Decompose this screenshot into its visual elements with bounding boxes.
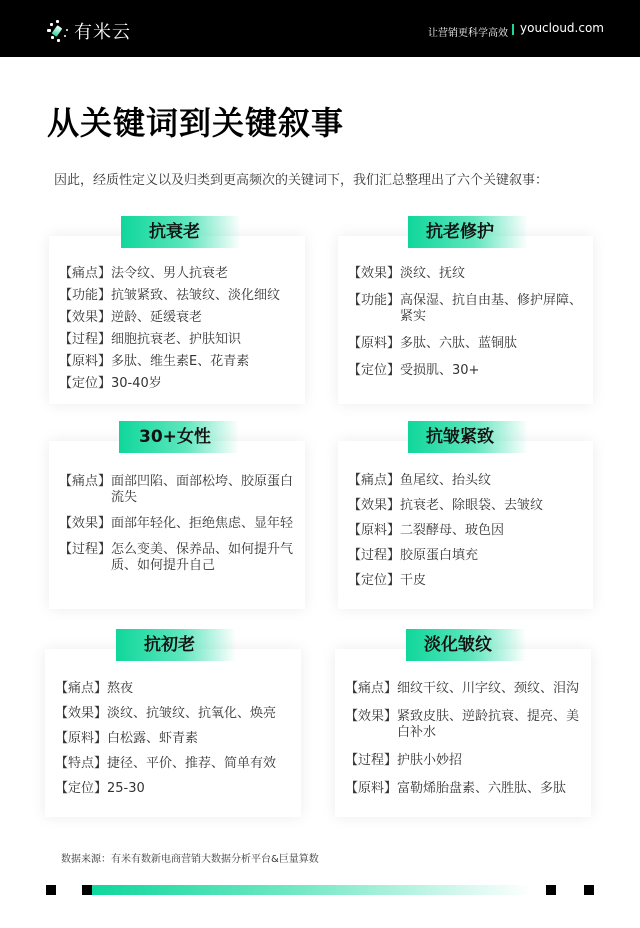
card-row: 【定位】受损肌、30+	[348, 363, 587, 379]
row-key: 【定位】	[348, 363, 400, 379]
row-value: 熬夜	[107, 681, 295, 697]
row-key: 【原料】	[55, 731, 107, 747]
divider	[512, 24, 514, 35]
row-value: 高保湿、抗自由基、修护屏障、紧实	[400, 293, 587, 325]
card-row: 【痛点】法令纹、男人抗衰老	[59, 266, 299, 282]
row-value: 30-40岁	[111, 376, 299, 392]
row-key: 【原料】	[348, 523, 400, 539]
logo: 有米云	[47, 18, 131, 44]
row-key: 【痛点】	[59, 474, 111, 506]
row-value: 护肤小妙招	[397, 753, 585, 769]
row-key: 【特点】	[55, 756, 107, 772]
narrative-card-anti-aging-repair: 抗老修护 【效果】淡纹、抚纹 【功能】高保湿、抗自由基、修护屏障、紧实 【原料】…	[338, 236, 593, 404]
card-row: 【原料】多肽、维生素E、花青素	[59, 354, 299, 370]
row-value: 受损肌、30+	[400, 363, 587, 379]
row-key: 【效果】	[59, 516, 111, 532]
footer-square-icon	[584, 885, 594, 895]
row-value: 胶原蛋白填充	[400, 548, 587, 564]
card-title: 30+女性	[119, 421, 239, 453]
top-bar: 有米云 让营销更科学高效 youcloud.com	[0, 0, 640, 57]
logo-text: 有米云	[74, 18, 131, 44]
row-value: 紧致皮肤、逆龄抗衰、提亮、美白补水	[397, 709, 585, 741]
card-row: 【定位】干皮	[348, 573, 587, 589]
card-title: 淡化皱纹	[406, 629, 526, 661]
row-key: 【过程】	[59, 542, 111, 574]
card-row: 【过程】胶原蛋白填充	[348, 548, 587, 564]
row-value: 逆龄、延缓衰老	[111, 310, 299, 326]
row-key: 【过程】	[345, 753, 397, 769]
domain-link[interactable]: youcloud.com	[520, 21, 604, 35]
footer-square-icon	[46, 885, 56, 895]
card-row: 【过程】怎么变美、保养品、如何提升气质、如何提升自己	[59, 542, 299, 574]
card-row: 【功能】抗皱紧致、祛皱纹、淡化细纹	[59, 288, 299, 304]
card-row: 【特点】捷径、平价、推荐、简单有效	[55, 756, 295, 772]
row-value: 细纹干纹、川字纹、颈纹、泪沟	[397, 681, 585, 697]
card-title: 抗初老	[116, 629, 236, 661]
footer-square-icon	[82, 885, 92, 895]
row-key: 【定位】	[59, 376, 111, 392]
tagline: 让营销更科学高效	[428, 24, 508, 39]
row-value: 细胞抗衰老、护肤知识	[111, 332, 299, 348]
row-key: 【效果】	[55, 706, 107, 722]
narrative-card-30plus-women: 30+女性 【痛点】面部凹陷、面部松垮、胶原蛋白流失 【效果】面部年轻化、拒绝焦…	[49, 441, 305, 609]
card-row: 【效果】逆龄、延缓衰老	[59, 310, 299, 326]
row-value: 抗衰老、除眼袋、去皱纹	[400, 498, 587, 514]
card-title: 抗衰老	[121, 216, 241, 248]
card-row: 【痛点】细纹干纹、川字纹、颈纹、泪沟	[345, 681, 585, 697]
row-value: 白松露、虾青素	[107, 731, 295, 747]
card-row: 【定位】 25-30	[55, 781, 295, 797]
row-key: 【过程】	[59, 332, 111, 348]
row-value: 富勒烯胎盘素、六胜肽、多肽	[397, 781, 585, 797]
row-value: 捷径、平价、推荐、简单有效	[107, 756, 295, 772]
row-value: 怎么变美、保养品、如何提升气质、如何提升自己	[111, 542, 299, 574]
footer-gradient-bar	[92, 885, 532, 895]
card-row: 【原料】多肽、六肽、蓝铜肽	[348, 336, 587, 352]
card-row: 【原料】二裂酵母、玻色因	[348, 523, 587, 539]
row-value: 淡纹、抗皱纹、抗氧化、焕亮	[107, 706, 295, 722]
row-value: 二裂酵母、玻色因	[400, 523, 587, 539]
row-value: 多肽、六肽、蓝铜肽	[400, 336, 587, 352]
row-key: 【过程】	[348, 548, 400, 564]
row-value: 多肽、维生素E、花青素	[111, 354, 299, 370]
card-row: 【原料】富勒烯胎盘素、六胜肽、多肽	[345, 781, 585, 797]
row-key: 【功能】	[59, 288, 111, 304]
narrative-card-wrinkle-firming: 抗皱紧致 【痛点】鱼尾纹、抬头纹 【效果】抗衰老、除眼袋、去皱纹 【原料】二裂酵…	[338, 441, 593, 609]
card-row: 【效果】淡纹、抚纹	[348, 266, 587, 282]
row-value: 鱼尾纹、抬头纹	[400, 473, 587, 489]
row-value: 淡纹、抚纹	[400, 266, 587, 282]
row-key: 【原料】	[348, 336, 400, 352]
narrative-card-early-aging: 抗初老 【痛点】熬夜 【效果】淡纹、抗皱纹、抗氧化、焕亮 【原料】白松露、虾青素…	[45, 649, 301, 817]
row-key: 【效果】	[345, 709, 397, 741]
card-row: 【效果】紧致皮肤、逆龄抗衰、提亮、美白补水	[345, 709, 585, 741]
row-key: 【功能】	[348, 293, 400, 325]
card-row: 【功能】高保湿、抗自由基、修护屏障、紧实	[348, 293, 587, 325]
card-row: 【过程】护肤小妙招	[345, 753, 585, 769]
row-key: 【痛点】	[55, 681, 107, 697]
footer-square-icon	[546, 885, 556, 895]
card-title: 抗皱紧致	[408, 421, 528, 453]
row-key: 【定位】	[55, 781, 107, 797]
narrative-card-fade-wrinkles: 淡化皱纹 【痛点】细纹干纹、川字纹、颈纹、泪沟 【效果】紧致皮肤、逆龄抗衰、提亮…	[335, 649, 591, 817]
row-key: 【定位】	[348, 573, 400, 589]
row-value: 抗皱紧致、祛皱纹、淡化细纹	[111, 288, 299, 304]
card-row: 【痛点】鱼尾纹、抬头纹	[348, 473, 587, 489]
card-row: 【过程】细胞抗衰老、护肤知识	[59, 332, 299, 348]
logo-icon	[47, 20, 69, 42]
row-key: 【痛点】	[348, 473, 400, 489]
card-row: 【原料】白松露、虾青素	[55, 731, 295, 747]
row-key: 【原料】	[59, 354, 111, 370]
narrative-card-anti-aging: 抗衰老 【痛点】法令纹、男人抗衰老 【功能】抗皱紧致、祛皱纹、淡化细纹 【效果】…	[49, 236, 305, 404]
row-value: 25-30	[107, 781, 295, 797]
card-row: 【效果】面部年轻化、拒绝焦虑、显年轻	[59, 516, 299, 532]
card-row: 【痛点】面部凹陷、面部松垮、胶原蛋白流失	[59, 474, 299, 506]
card-row: 【痛点】熬夜	[55, 681, 295, 697]
page-title: 从关键词到关键叙事	[47, 98, 344, 144]
card-title: 抗老修护	[408, 216, 528, 248]
card-row: 【效果】淡纹、抗皱纹、抗氧化、焕亮	[55, 706, 295, 722]
row-value: 法令纹、男人抗衰老	[111, 266, 299, 282]
card-row: 【定位】30-40岁	[59, 376, 299, 392]
row-key: 【痛点】	[59, 266, 111, 282]
row-key: 【效果】	[348, 266, 400, 282]
card-row: 【效果】抗衰老、除眼袋、去皱纹	[348, 498, 587, 514]
row-key: 【原料】	[345, 781, 397, 797]
row-value: 面部年轻化、拒绝焦虑、显年轻	[111, 516, 299, 532]
data-source-note: 数据来源：有米有数新电商营销大数据分析平台&巨量算数	[61, 850, 319, 865]
row-value: 面部凹陷、面部松垮、胶原蛋白流失	[111, 474, 299, 506]
row-key: 【效果】	[59, 310, 111, 326]
row-value: 干皮	[400, 573, 587, 589]
row-key: 【痛点】	[345, 681, 397, 697]
intro-text: 因此，经质性定义以及归类到更高频次的关键词下，我们汇总整理出了六个关键叙事：	[54, 169, 548, 188]
row-key: 【效果】	[348, 498, 400, 514]
